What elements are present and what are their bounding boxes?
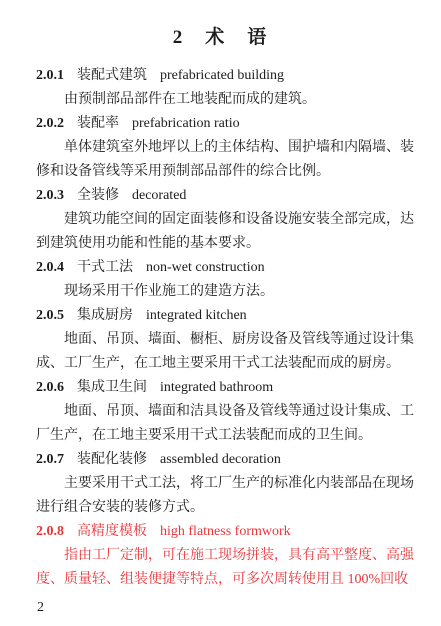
term-definition: 地面、吊顶、墙面和洁具设备及管线等通过设计集成、工厂生产，在工地主要采用干式工法…: [36, 400, 414, 448]
term-number: 2.0.7: [36, 452, 64, 467]
term-heading: 2.0.7装配化装修assembled decoration: [36, 448, 414, 472]
terms-list: 2.0.1装配式建筑prefabricated building 由预制部品部件…: [0, 51, 441, 592]
term-definition: 由预制部品部件在工地装配而成的建筑。: [36, 88, 414, 112]
term-number: 2.0.5: [36, 308, 64, 323]
term-entry: 2.0.1装配式建筑prefabricated building 由预制部品部件…: [36, 64, 414, 112]
term-zh: 高精度模板: [77, 524, 147, 539]
document-page: 2 术 语 2.0.1装配式建筑prefabricated building 由…: [0, 0, 441, 626]
term-en: integrated bathroom: [160, 380, 273, 395]
term-en: assembled decoration: [160, 452, 281, 467]
term-zh: 集成厨房: [77, 308, 133, 323]
term-en: prefabricated building: [160, 68, 284, 83]
term-number: 2.0.8: [36, 524, 64, 539]
page-number: 2: [37, 600, 44, 616]
term-zh: 装配化装修: [77, 452, 147, 467]
term-entry: 2.0.7装配化装修assembled decoration 主要采用干式工法，…: [36, 448, 414, 520]
term-heading: 2.0.1装配式建筑prefabricated building: [36, 64, 414, 88]
term-number: 2.0.6: [36, 380, 64, 395]
term-heading: 2.0.8高精度模板high flatness formwork: [36, 520, 414, 544]
term-number: 2.0.4: [36, 260, 64, 275]
term-entry: 2.0.2装配率prefabrication ratio 单体建筑室外地坪以上的…: [36, 112, 414, 184]
term-heading: 2.0.2装配率prefabrication ratio: [36, 112, 414, 136]
term-heading: 2.0.3全装修decorated: [36, 184, 414, 208]
term-entry-highlighted: 2.0.8高精度模板high flatness formwork 指由工厂定制，…: [36, 520, 414, 592]
term-zh: 全装修: [77, 188, 119, 203]
term-entry: 2.0.3全装修decorated 建筑功能空间的固定面装修和设备设施安装全部完…: [36, 184, 414, 256]
term-definition: 主要采用干式工法，将工厂生产的标准化内装部品在现场进行组合安装的装修方式。: [36, 472, 414, 520]
term-zh: 干式工法: [77, 260, 133, 275]
term-number: 2.0.3: [36, 188, 64, 203]
term-entry: 2.0.4干式工法non-wet construction 现场采用干作业施工的…: [36, 256, 414, 304]
term-en: non-wet construction: [146, 260, 265, 275]
term-definition: 单体建筑室外地坪以上的主体结构、围护墙和内隔墙、装修和设备管线等采用预制部品部件…: [36, 136, 414, 184]
term-definition: 现场采用干作业施工的建造方法。: [36, 280, 414, 304]
term-zh: 装配式建筑: [77, 68, 147, 83]
chapter-title: 2 术 语: [0, 0, 441, 51]
term-definition: 建筑功能空间的固定面装修和设备设施安装全部完成，达到建筑使用功能和性能的基本要求…: [36, 208, 414, 256]
term-number: 2.0.1: [36, 68, 64, 83]
term-en: high flatness formwork: [160, 524, 291, 539]
term-en: prefabrication ratio: [132, 116, 240, 131]
term-zh: 装配率: [77, 116, 119, 131]
term-entry: 2.0.6集成卫生间integrated bathroom 地面、吊顶、墙面和洁…: [36, 376, 414, 448]
term-entry: 2.0.5集成厨房integrated kitchen 地面、吊顶、墙面、橱柜、…: [36, 304, 414, 376]
term-en: integrated kitchen: [146, 308, 247, 323]
term-en: decorated: [132, 188, 186, 203]
term-number: 2.0.2: [36, 116, 64, 131]
term-heading: 2.0.5集成厨房integrated kitchen: [36, 304, 414, 328]
term-heading: 2.0.4干式工法non-wet construction: [36, 256, 414, 280]
term-definition: 地面、吊顶、墙面、橱柜、厨房设备及管线等通过设计集成、工厂生产，在工地主要采用干…: [36, 328, 414, 376]
term-heading: 2.0.6集成卫生间integrated bathroom: [36, 376, 414, 400]
term-definition: 指由工厂定制，可在施工现场拼装，具有高平整度、高强度、质量轻、组装便捷等特点，可…: [36, 544, 414, 592]
term-zh: 集成卫生间: [77, 380, 147, 395]
